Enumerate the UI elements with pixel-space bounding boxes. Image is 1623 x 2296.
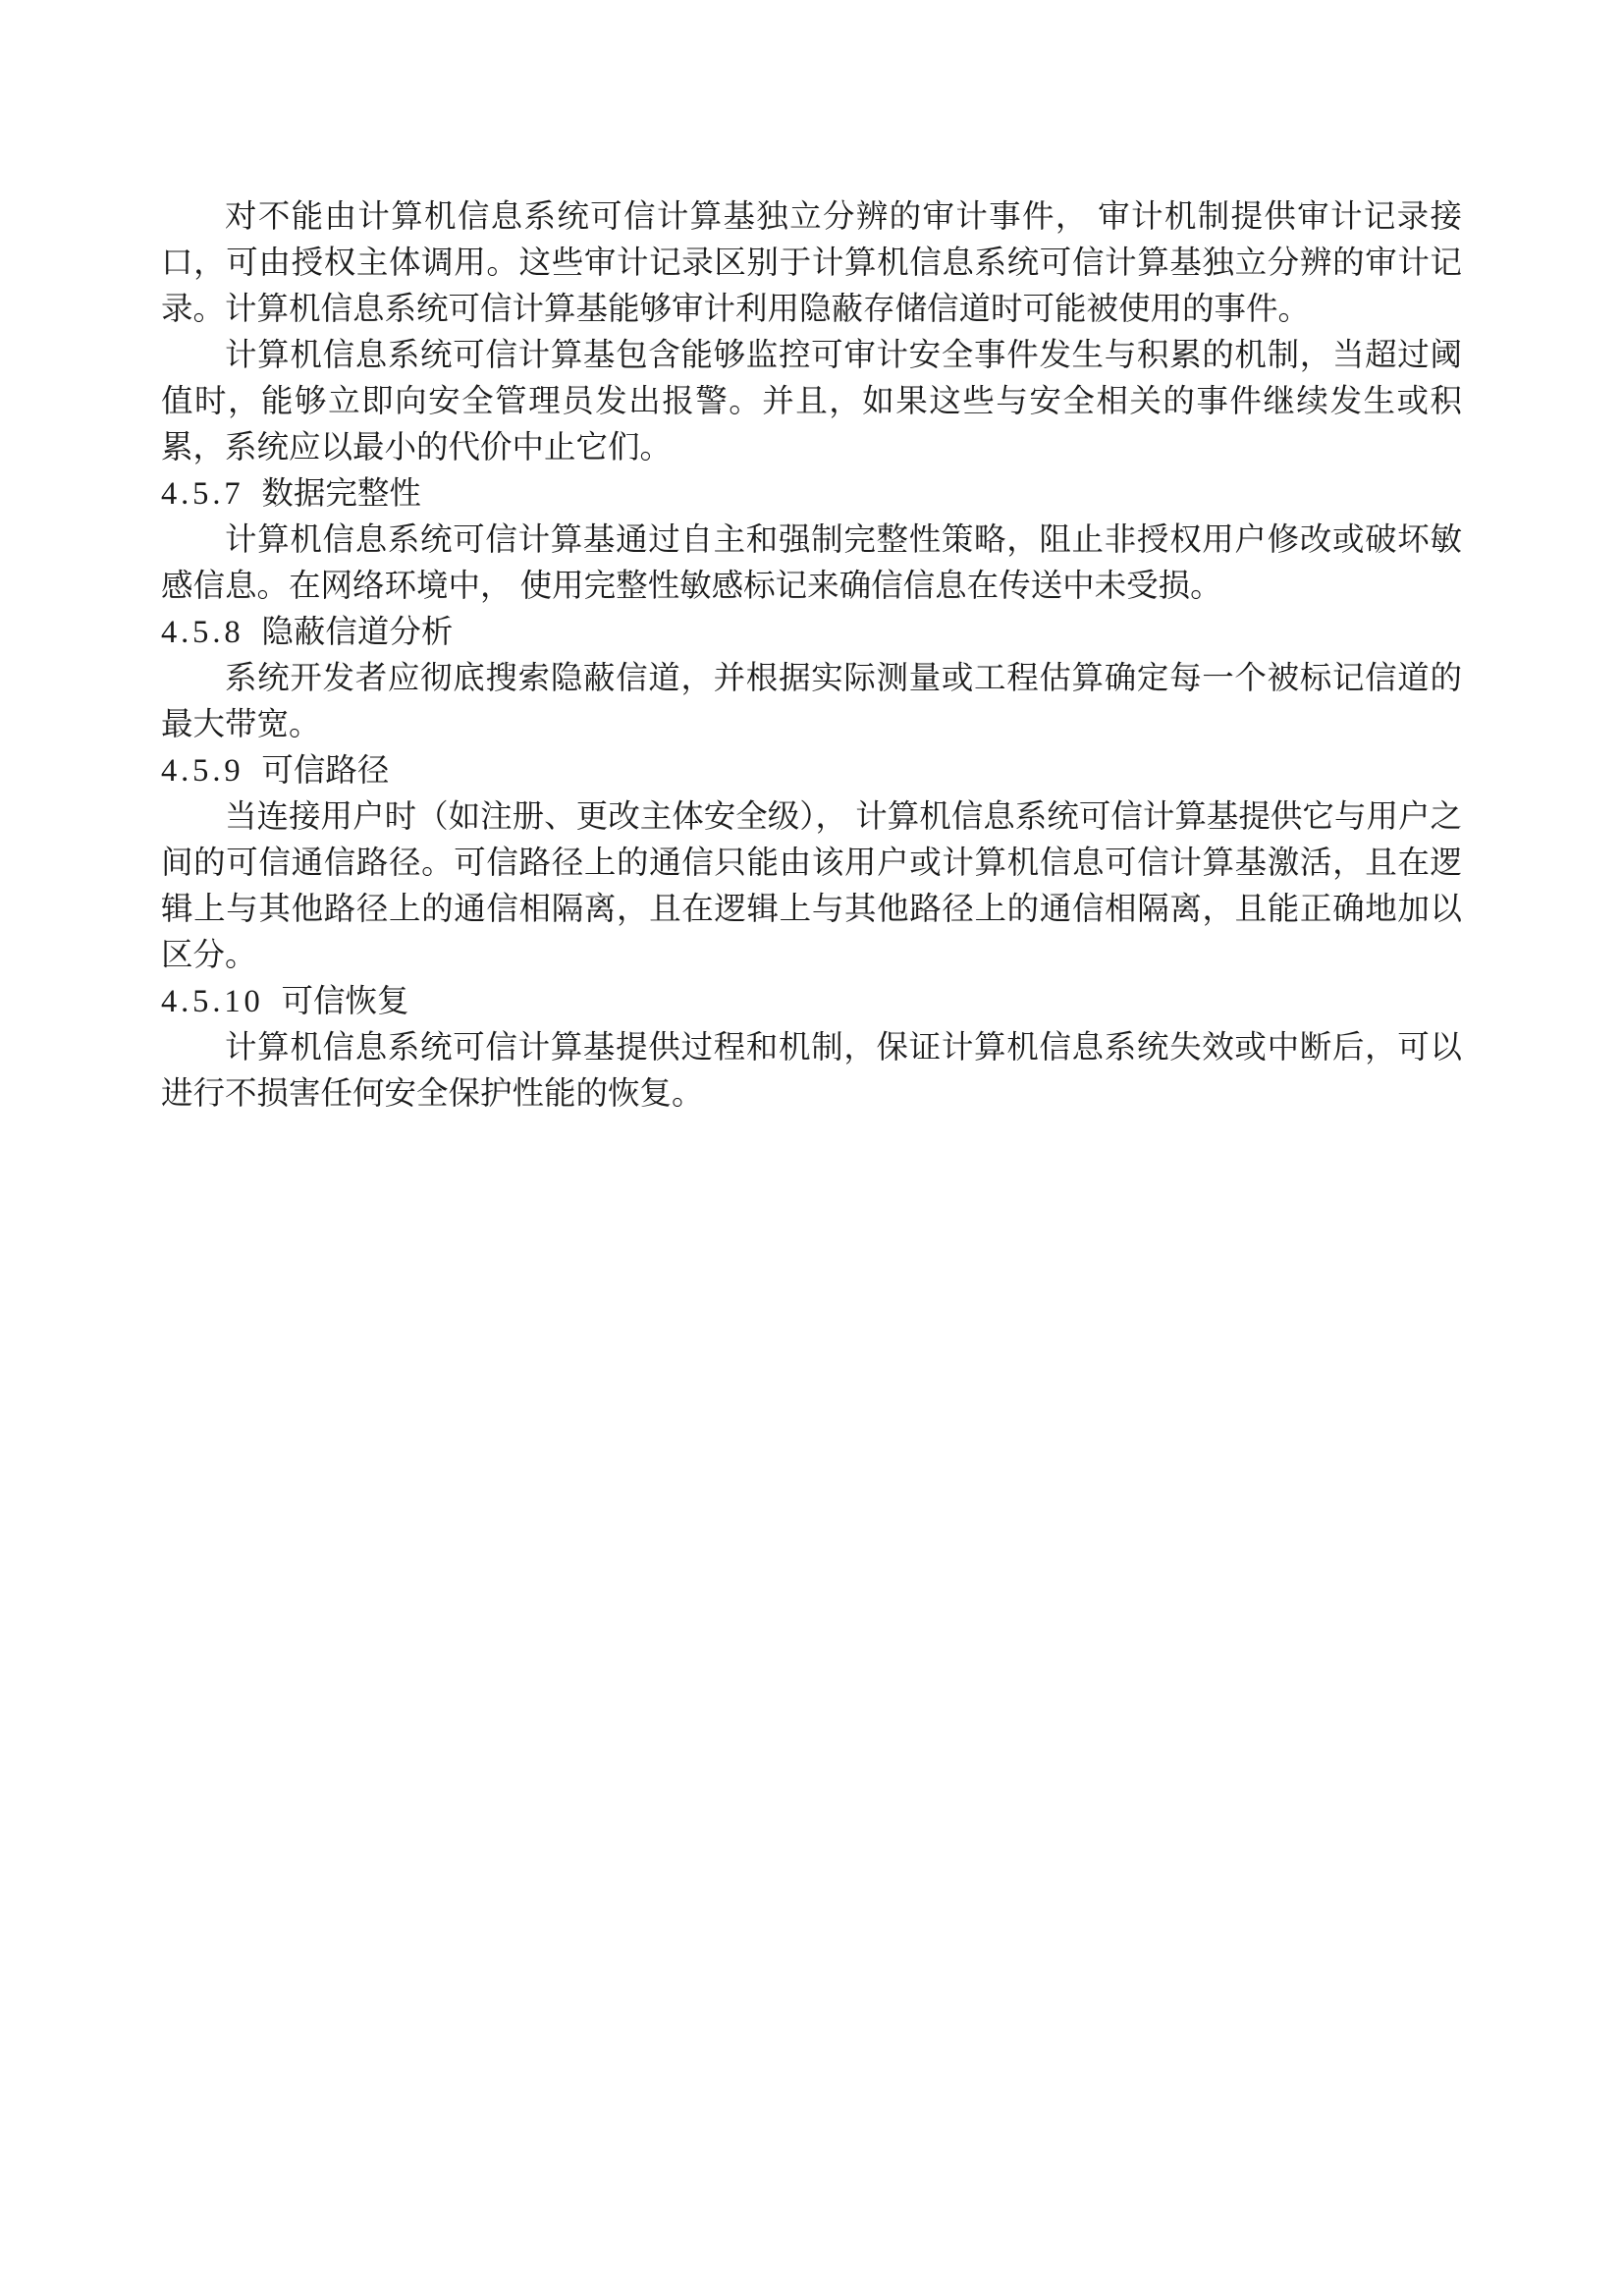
paragraph-trusted-recovery: 计算机信息系统可信计算基提供过程和机制，保证计算机信息系统失效或中断后，可以进行…: [161, 1025, 1462, 1118]
section-title-trusted-path: 可信路径: [261, 753, 389, 789]
document-page: 对不能由计算机信息系统可信计算基独立分辨的审计事件， 审计机制提供审计记录接口，…: [0, 0, 1623, 2296]
paragraph-audit-record-interface: 对不能由计算机信息系统可信计算基独立分辨的审计事件， 审计机制提供审计记录接口，…: [161, 194, 1462, 333]
section-number-4-5-8: 4.5.8: [161, 615, 244, 650]
paragraph-audit-event-monitoring: 计算机信息系统可信计算基包含能够监控可审计安全事件发生与积累的机制，当超过阈值时…: [161, 333, 1462, 471]
section-number-4-5-7: 4.5.7: [161, 476, 244, 512]
section-heading-4-5-9: 4.5.9可信路径: [161, 748, 1462, 794]
section-title-covert-channel-analysis: 隐蔽信道分析: [261, 615, 453, 650]
section-title-data-integrity: 数据完整性: [261, 476, 421, 512]
section-heading-4-5-7: 4.5.7数据完整性: [161, 471, 1462, 518]
paragraph-covert-channel-analysis: 系统开发者应彻底搜索隐蔽信道，并根据实际测量或工程估算确定每一个被标记信道的最大…: [161, 656, 1462, 748]
section-number-4-5-10: 4.5.10: [161, 984, 264, 1019]
section-number-4-5-9: 4.5.9: [161, 753, 244, 789]
paragraph-data-integrity: 计算机信息系统可信计算基通过自主和强制完整性策略，阻止非授权用户修改或破坏敏感信…: [161, 518, 1462, 610]
section-heading-4-5-8: 4.5.8隐蔽信道分析: [161, 610, 1462, 656]
section-title-trusted-recovery: 可信恢复: [282, 984, 409, 1019]
paragraph-trusted-path: 当连接用户时（如注册、更改主体安全级）， 计算机信息系统可信计算基提供它与用户之…: [161, 794, 1462, 979]
section-heading-4-5-10: 4.5.10可信恢复: [161, 979, 1462, 1025]
